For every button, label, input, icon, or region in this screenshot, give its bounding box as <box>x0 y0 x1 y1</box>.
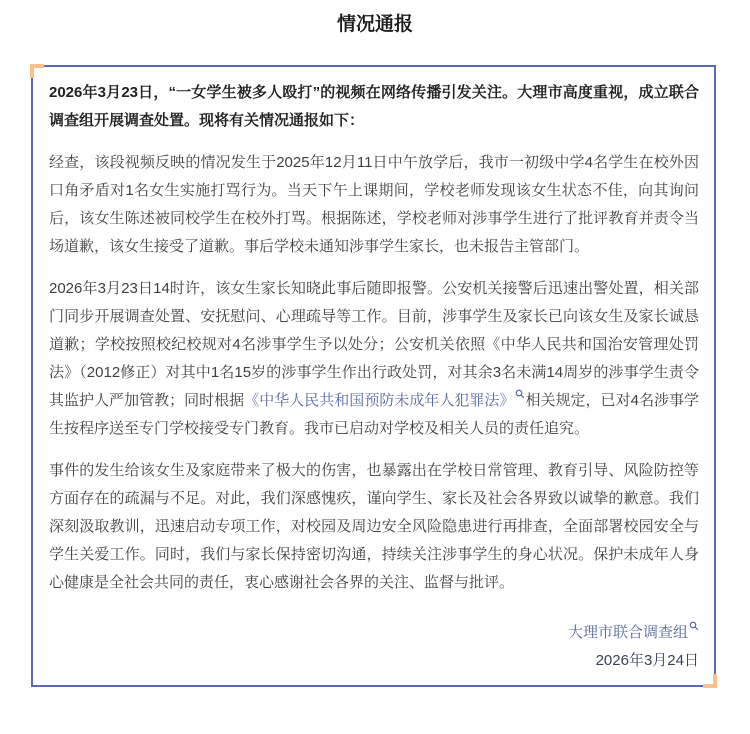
law-link-text: 《中华人民共和国预防未成年人犯罪法》 <box>244 392 514 409</box>
signature-org-link[interactable]: 大理市联合调查组 <box>568 624 699 641</box>
handling-text-before-link: 2026年3月23日14时许，该女生家长知晓此事后随即报警。公安机关接警后迅速出… <box>49 280 699 409</box>
notice-box: 2026年3月23日，“一女学生被多人殴打”的视频在网络传播引发关注。大理市高度… <box>31 65 716 687</box>
corner-bracket-top-left <box>30 64 44 78</box>
law-link[interactable]: 《中华人民共和国预防未成年人犯罪法》 <box>244 392 525 409</box>
notice-investigation-paragraph: 经查，该段视频反映的情况发生于2025年12月11日中午放学后，我市一初级中学4… <box>49 149 699 261</box>
corner-bracket-bottom-right <box>703 674 717 688</box>
signature-date: 2026年3月24日 <box>49 647 699 675</box>
page-title: 情况通报 <box>0 13 750 37</box>
search-icon <box>689 621 699 631</box>
notice-handling-paragraph: 2026年3月23日14时许，该女生家长知晓此事后随即报警。公安机关接警后迅速出… <box>49 275 699 443</box>
search-icon <box>515 389 525 399</box>
notice-apology-paragraph: 事件的发生给该女生及家庭带来了极大的伤害，也暴露出在学校日常管理、教育引导、风险… <box>49 457 699 597</box>
signature-org-text: 大理市联合调查组 <box>568 624 688 641</box>
signature-org-line: 大理市联合调查组 <box>49 619 699 647</box>
notice-lead-paragraph: 2026年3月23日，“一女学生被多人殴打”的视频在网络传播引发关注。大理市高度… <box>49 79 699 135</box>
signature-block: 大理市联合调查组 2026年3月24日 <box>49 619 699 681</box>
